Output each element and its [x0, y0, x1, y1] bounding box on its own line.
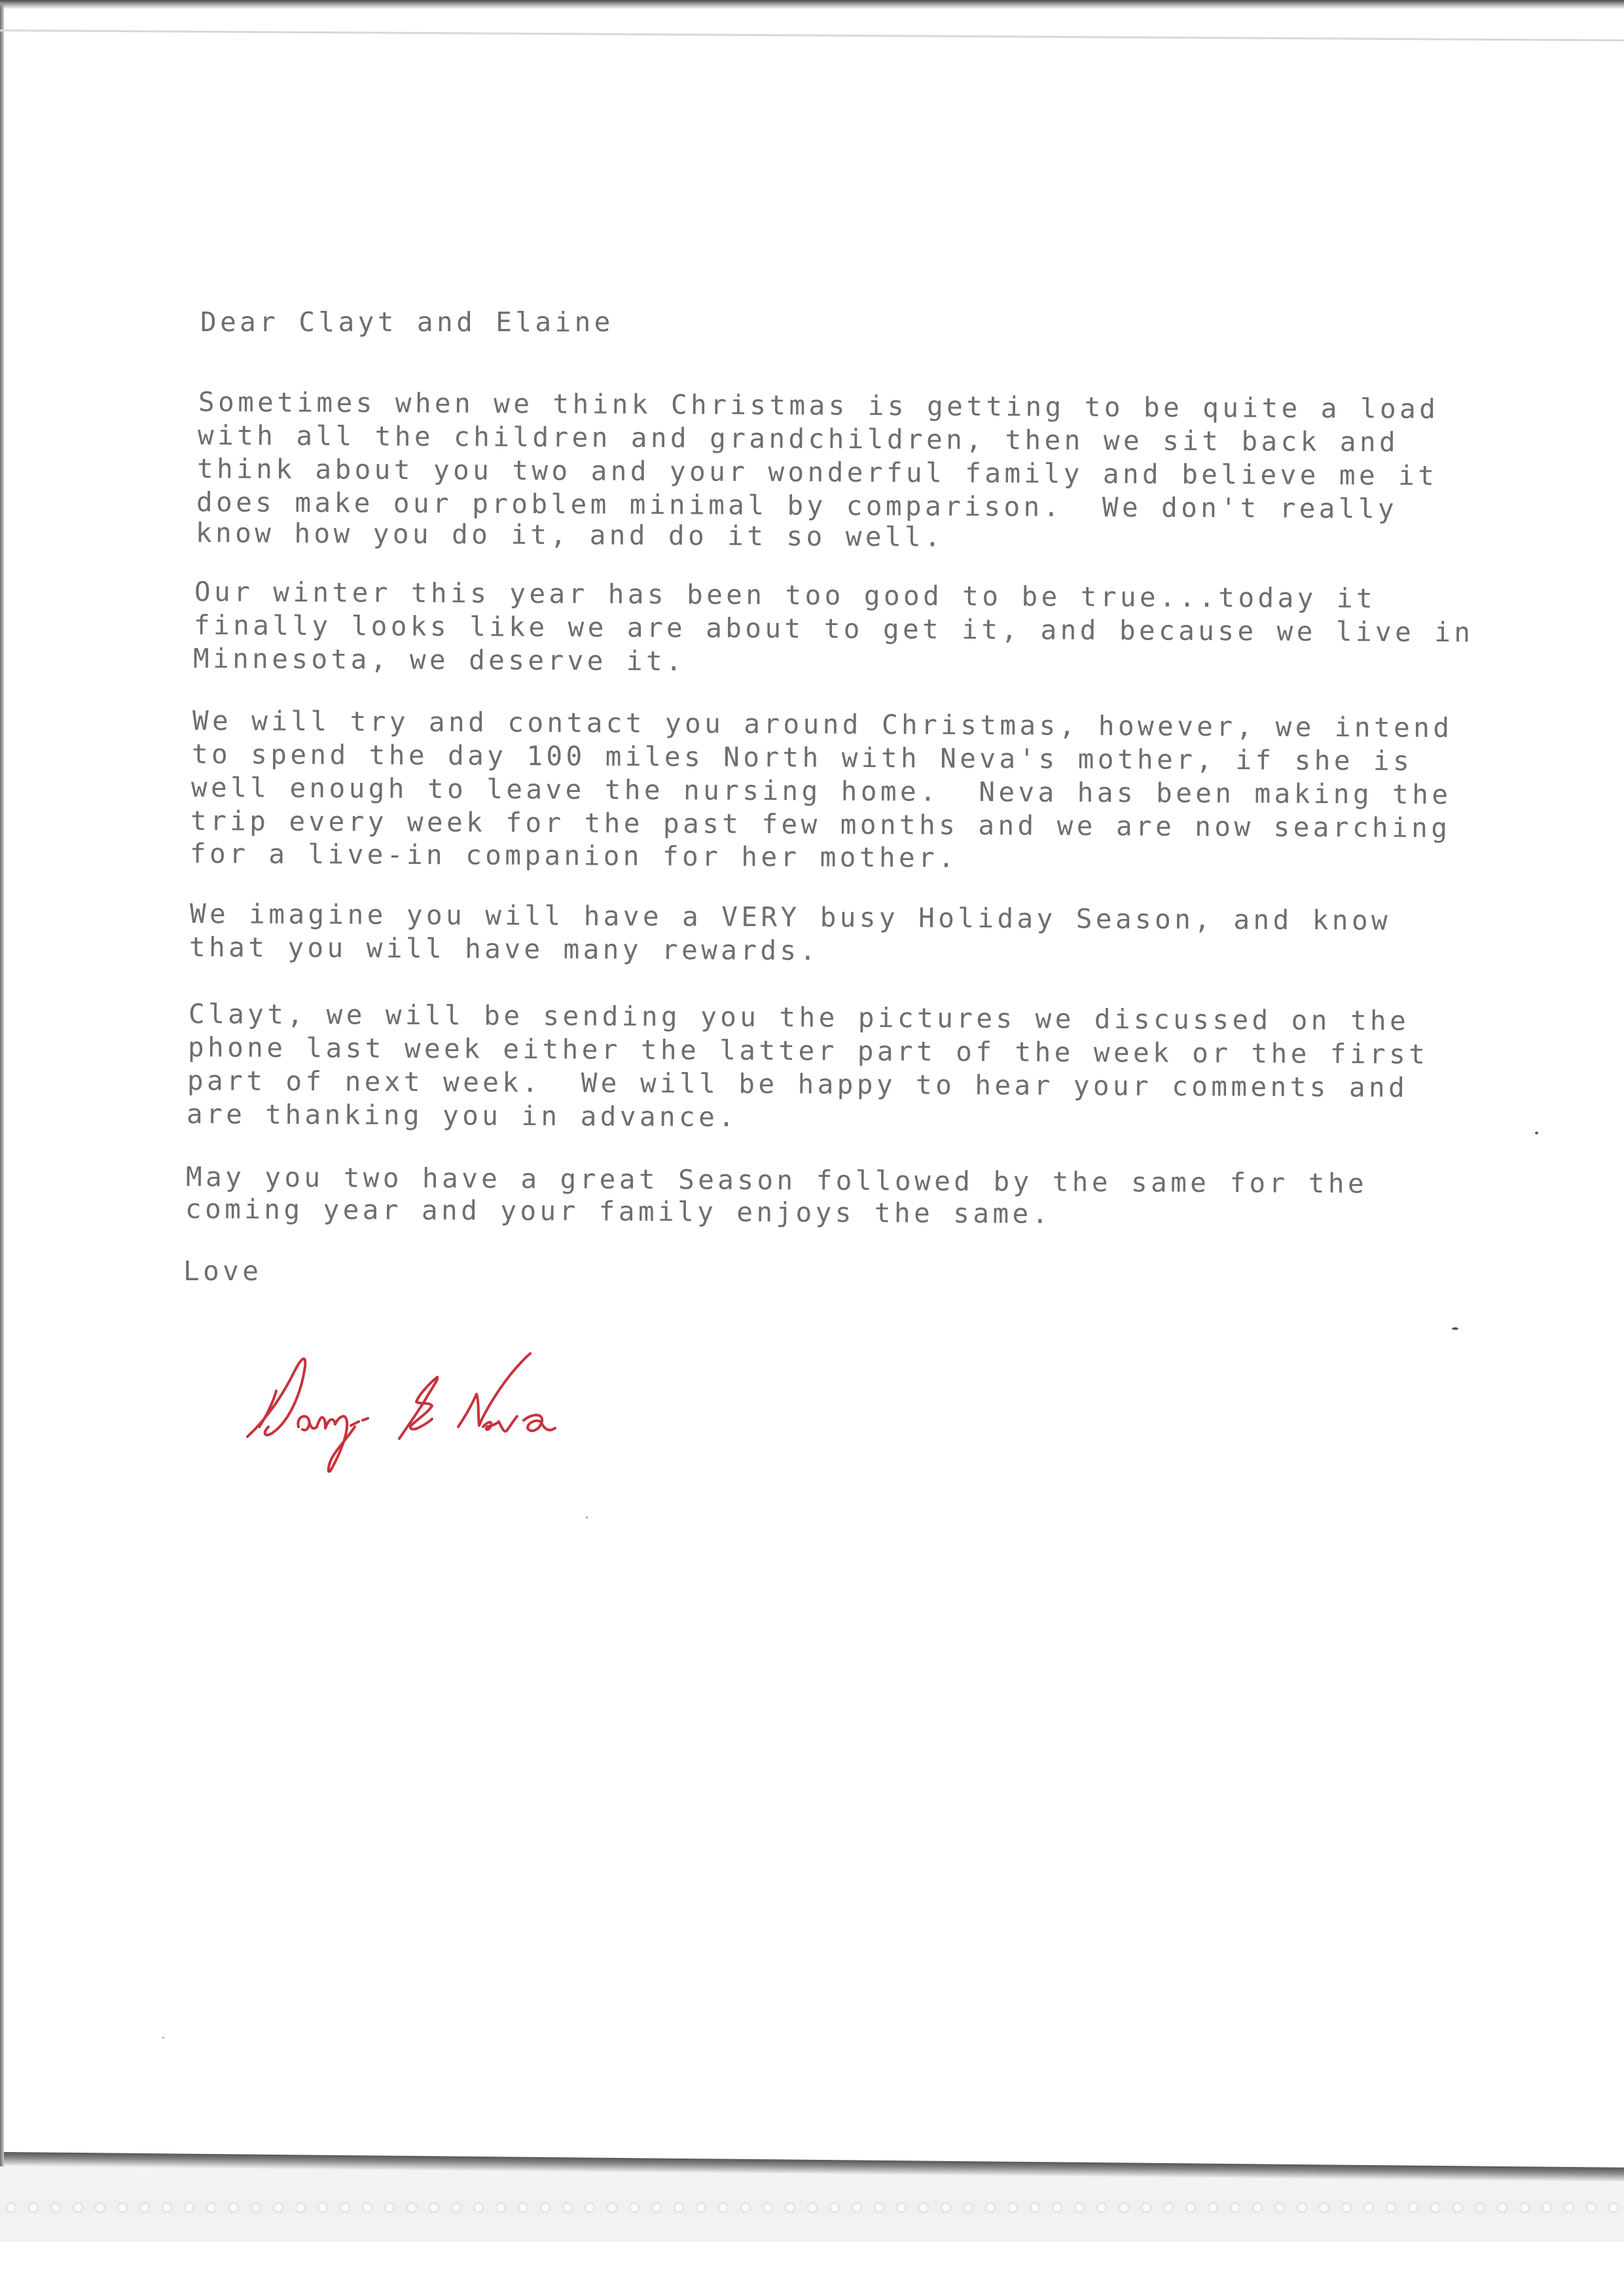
paragraph-5-line-1: Clayt, we will be sending you the pictur… [189, 998, 1409, 1037]
perforation-strip [0, 2200, 1624, 2215]
paragraph-4-line-1: We imagine you will have a VERY busy Hol… [190, 898, 1391, 937]
paragraph-6-line-2: coming year and your family enjoys the s… [185, 1193, 1052, 1230]
paragraph-2-line-2: finally looks like we are about to get i… [194, 609, 1474, 649]
letter: Dear Clayt and Elaine Sometimes when we … [0, 0, 1624, 2296]
paragraph-3-line-1: We will try and contact you around Chris… [192, 705, 1453, 744]
paragraph-1-line-2: with all the children and grandchildren,… [198, 420, 1399, 459]
paragraph-3-line-5: for a live-in companion for her mother. [190, 838, 958, 874]
paragraph-5-line-3: part of next week. We will be happy to h… [187, 1065, 1408, 1104]
paragraph-2-line-1: Our winter this year has been too good t… [194, 576, 1376, 615]
paragraph-4-line-2: that you will have many rewards. [189, 931, 820, 967]
paragraph-1-line-1: Sometimes when we think Christmas is get… [198, 386, 1439, 425]
paragraph-1-line-5: know how you do it, and do it so well. [196, 517, 944, 554]
paragraph-5-line-4: are thanking you in advance. [187, 1098, 738, 1134]
paragraph-1-line-3: think about you two and your wonderful f… [197, 453, 1438, 492]
signature-strokes [247, 1354, 555, 1472]
scan-speck [586, 1516, 588, 1518]
handwritten-signature [236, 1329, 628, 1473]
scan-speck [1452, 1327, 1458, 1330]
paragraph-3-line-3: well enough to leave the nursing home. N… [191, 772, 1452, 811]
scan-speck [319, 656, 321, 658]
salutation: Dear Clayt and Elaine [200, 306, 614, 338]
scan-speck [162, 2037, 164, 2039]
paragraph-2-line-3: Minnesota, we deserve it. [193, 643, 685, 677]
paragraph-3-line-2: to spend the day 100 miles North with Ne… [192, 738, 1413, 778]
closing: Love [183, 1255, 262, 1287]
scan-bottom-margin [0, 2242, 1624, 2296]
scan-speck [1535, 1132, 1538, 1134]
paragraph-5-line-2: phone last week either the latter part o… [188, 1031, 1429, 1071]
